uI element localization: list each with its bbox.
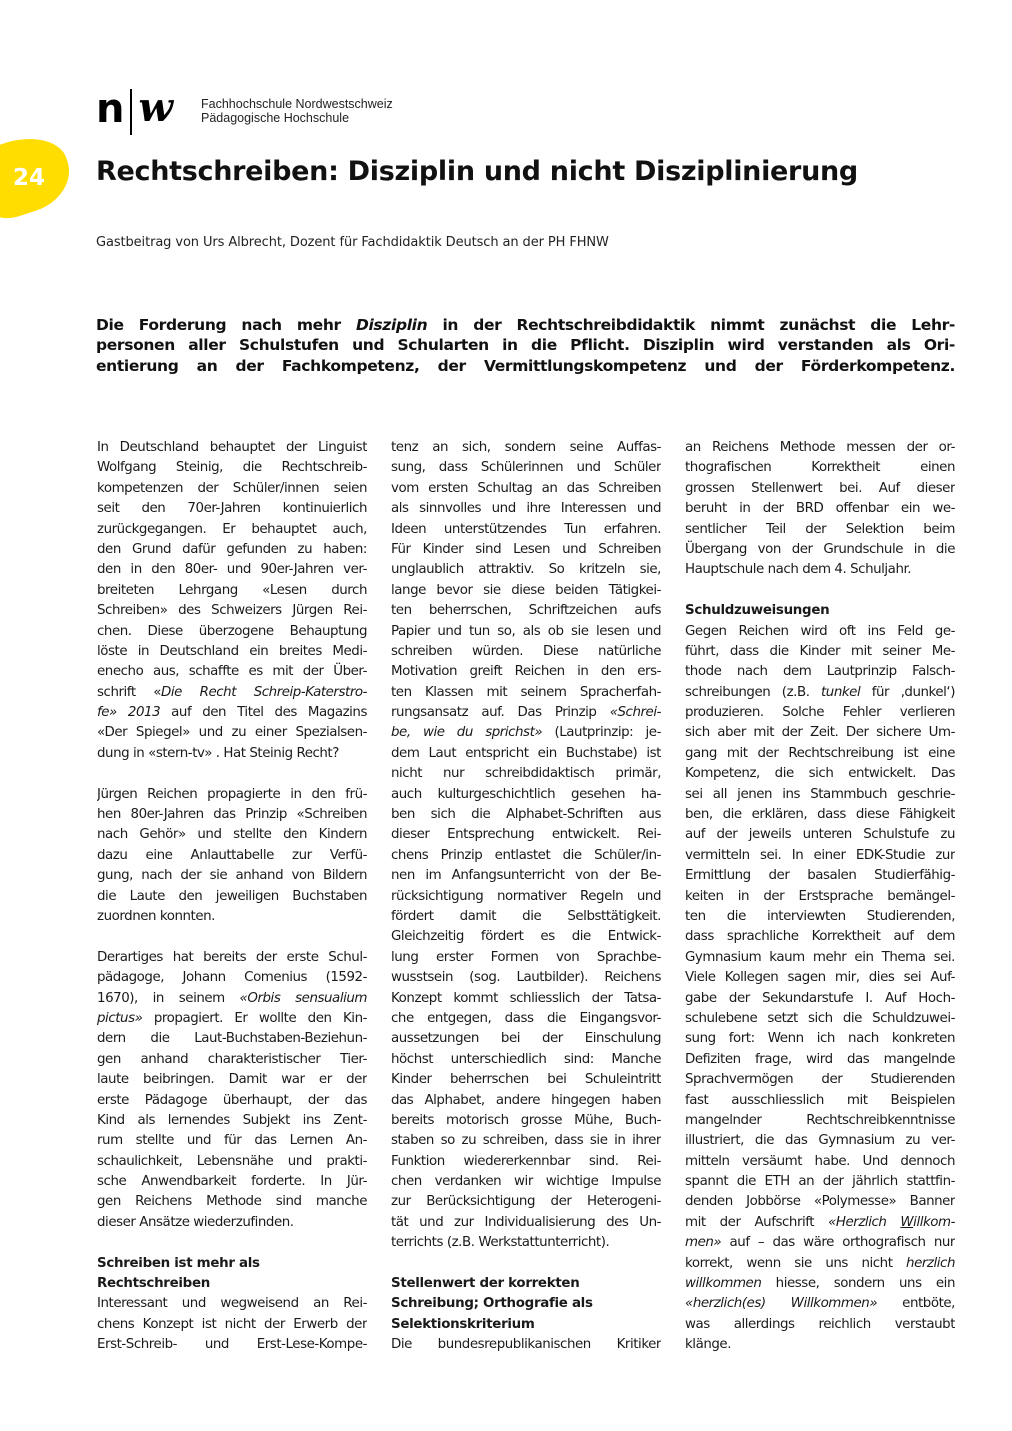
body-text-line: nicht nur schreibdidaktisch primär,	[391, 764, 661, 784]
body-text-line: Hauptschule nach dem 4. Schuljahr.	[685, 560, 955, 580]
section-heading: Selektionskriterium	[391, 1315, 661, 1335]
body-text-line: mangelnder Rechtschreibkenntnisse	[685, 1111, 955, 1131]
body-text-line: Erst-Schreib- und Erst-Lese-Kompe-	[97, 1335, 367, 1355]
institution-line-2: Pädagogische Hochschule	[201, 111, 393, 125]
section-heading: Schreibung; Orthografie als	[391, 1294, 661, 1314]
lead-line: Die Forderung nach mehr Disziplin in der…	[96, 314, 955, 334]
body-text-line: löste in Deutschland ein breites Medi-	[97, 642, 367, 662]
body-text-line: Viele Kollegen sagen mir, dies sei Auf-	[685, 968, 955, 988]
body-text-line: fe» 2013 auf den Titel des Magazins	[97, 703, 367, 723]
body-text-line: was allerdings reichlich verstaubt	[685, 1315, 955, 1335]
body-text-line: zurückgegangen. Er behauptet auch,	[97, 520, 367, 540]
body-text-line: ben, die erklären, dass diese Fähigkeit	[685, 805, 955, 825]
paragraph-gap	[685, 581, 955, 601]
body-text-line: vom ersten Schultag an das Schreiben	[391, 479, 661, 499]
body-text-line: keiten in der Erstsprache bemängel-	[685, 887, 955, 907]
article-column-1: In Deutschland behauptet der LinguistWol…	[97, 438, 367, 1356]
section-heading: Schuldzuweisungen	[685, 601, 955, 621]
body-text-line: sei all jenen ins Stammbuch geschrie-	[685, 785, 955, 805]
body-text-line: schreiben würden. Diese natürliche	[391, 642, 661, 662]
body-text-line: 1670), in seinem «Orbis sensualium	[97, 989, 367, 1009]
body-text-line: nach Gehör» und stellte den Kindern	[97, 825, 367, 845]
body-text-line: Für Kinder sind Lesen und Schreiben	[391, 540, 661, 560]
body-text-line: ten beherrschen, Schriftzeichen aufs	[391, 601, 661, 621]
body-text-line: sich aber mit der Zeit. Der sichere Um-	[685, 723, 955, 743]
body-text-line: pädagoge, Johann Comenius (1592-	[97, 968, 367, 988]
body-text-line: chens Konzept ist nicht der Erwerb der	[97, 1315, 367, 1335]
body-text-line: terrichts (z.B. Werkstattunterricht).	[391, 1233, 661, 1253]
body-text-line: an Reichens Methode messen der or-	[685, 438, 955, 458]
article-column-2: tenz an sich, sondern seine Auffas-sung,…	[391, 438, 661, 1356]
body-text-line: wusstsein (sog. Lautbilder). Reichens	[391, 968, 661, 988]
institution-name: Fachhochschule Nordwestschweiz Pädagogis…	[201, 97, 393, 125]
body-text-line: dieser Entsprechung entwickelt. Rei-	[391, 825, 661, 845]
paragraph-gap	[97, 927, 367, 947]
body-text-line: höchst unterschiedlich sind: Manche	[391, 1050, 661, 1070]
body-text-line: Ermittlung der basalen Studierfähig-	[685, 866, 955, 886]
body-text-line: produzieren. Solche Fehler verlieren	[685, 703, 955, 723]
body-text-line: dem Laut entspricht ein Buchstabe) ist	[391, 744, 661, 764]
body-text-line: be, wie du sprichst» (Lautprinzip: je-	[391, 723, 661, 743]
paragraph-gap	[97, 764, 367, 784]
body-text-line: ten Klassen mit seinem Spracherfah-	[391, 683, 661, 703]
body-text-line: erste Pädagoge überhaupt, der das	[97, 1091, 367, 1111]
emphasis: Disziplin	[356, 316, 427, 334]
body-text-line: tät und zur Individualisierung des Un-	[391, 1213, 661, 1233]
body-text-line: Konzept kommt schliesslich der Tatsa-	[391, 989, 661, 1009]
body-text-line: Gegen Reichen wird oft ins Feld ge-	[685, 622, 955, 642]
body-text-line: Gymnasium kaum mehr ein Thema sei.	[685, 948, 955, 968]
body-text-line: chen. Diese überzogene Behauptung	[97, 622, 367, 642]
body-text-line: aussetzungen bei der Einschulung	[391, 1029, 661, 1049]
body-text-line: men» auf – das wäre orthografisch nur	[685, 1233, 955, 1253]
lead-line: entierung an der Fachkompetenz, der Verm…	[96, 355, 955, 375]
body-text-line: illustriert, die das Gymnasium zu ver-	[685, 1131, 955, 1151]
body-text-line: sung, dass Schülerinnen und Schüler	[391, 458, 661, 478]
body-text-line: schrift «Die Recht Schreip-Katerstro-	[97, 683, 367, 703]
article-column-3: an Reichens Methode messen der or-thogra…	[685, 438, 955, 1356]
section-heading: Stellenwert der korrekten	[391, 1274, 661, 1294]
fhnw-logo: n w	[96, 88, 173, 136]
body-text-line: dieser Ansätze wiederzufinden.	[97, 1213, 367, 1233]
body-text-line: die Laute den jeweiligen Buchstaben	[97, 887, 367, 907]
body-text-line: bereits motorisch grosse Mühe, Buch-	[391, 1111, 661, 1131]
body-text-line: fördert damit die Selbsttätigkeit.	[391, 907, 661, 927]
body-text-line: schulebene setzt sich die Schuldzuwei-	[685, 1009, 955, 1029]
body-text-line: grossen Stellenwert bei. Auf dieser	[685, 479, 955, 499]
paragraph-gap	[97, 1233, 367, 1253]
body-text-line: Funktion wiedererkennbar sind. Rei-	[391, 1152, 661, 1172]
body-text-line: willkommen hiesse, sondern uns ein	[685, 1274, 955, 1294]
body-text-line: hen 80er-Jahren das Prinzip «Schreiben	[97, 805, 367, 825]
body-text-line: denden Jobbörse «Polymesse» Banner	[685, 1192, 955, 1212]
article-lead: Die Forderung nach mehr Disziplin in der…	[96, 314, 955, 375]
body-text-line: Jürgen Reichen propagierte in den frü-	[97, 785, 367, 805]
body-text-line: rum stellte und für das Lernen An-	[97, 1131, 367, 1151]
body-text-line: «Der Spiegel» und zu einer Spezialsen-	[97, 723, 367, 743]
body-text-line: Derartiges hat bereits der erste Schul-	[97, 948, 367, 968]
body-text-line: rungsansatz auf. Das Prinzip «Schrei-	[391, 703, 661, 723]
logo-mark-n: n	[96, 89, 123, 129]
body-text-line: fast ausschliesslich mit Beispielen	[685, 1091, 955, 1111]
body-text-line: auch kulturgeschichtlich gesehen ha-	[391, 785, 661, 805]
body-text-line: Kinder beherrschen bei Schuleintritt	[391, 1070, 661, 1090]
body-text-line: korrekt, wenn sie uns nicht herzlich	[685, 1254, 955, 1274]
body-text-line: unglaublich attraktiv. So kritzeln sie,	[391, 560, 661, 580]
institution-line-1: Fachhochschule Nordwestschweiz	[201, 97, 393, 111]
paragraph-gap	[391, 1254, 661, 1274]
body-text-line: dung in «stern-tv» . Hat Steinig Recht?	[97, 744, 367, 764]
body-text-line: spannt die ETH an der jährlich stattfin-	[685, 1172, 955, 1192]
body-text-line: mit der Aufschrift «Herzlich Willkom-	[685, 1213, 955, 1233]
body-text-line: che entgegen, dass die Eingangsvor-	[391, 1009, 661, 1029]
body-text-line: gang mit der Rechtschreibung ist eine	[685, 744, 955, 764]
body-text-line: Ideen unterstützendes Tun erfahren.	[391, 520, 661, 540]
body-text-line: lange bevor sie diese beiden Tätigkei-	[391, 581, 661, 601]
body-text-line: gabe der Sekundarstufe I. Auf Hoch-	[685, 989, 955, 1009]
body-text-line: Sprachvermögen der Studierenden	[685, 1070, 955, 1090]
body-text-line: pictus» propagiert. Er wollte den Kin-	[97, 1009, 367, 1029]
body-text-line: das Alphabet, andere hingegen haben	[391, 1091, 661, 1111]
body-text-line: vermitteln sei. In einer EDK-Studie zur	[685, 846, 955, 866]
body-text-line: tenz an sich, sondern seine Auffas-	[391, 438, 661, 458]
section-heading: Schreiben ist mehr als	[97, 1254, 367, 1274]
body-text-line: rücksichtigung normativer Regeln und	[391, 887, 661, 907]
body-text-line: dazu eine Anlauttabelle zur Verfü-	[97, 846, 367, 866]
body-text-line: thografischen Korrektheit einen	[685, 458, 955, 478]
body-text-line: breiteten Lehrgang «Lesen durch	[97, 581, 367, 601]
body-text-line: Defiziten frage, wird das mangelnde	[685, 1050, 955, 1070]
body-text-line: den in den 80er- und 90er-Jahren ver-	[97, 560, 367, 580]
body-text-line: gen anhand charakteristischer Tier-	[97, 1050, 367, 1070]
body-text-line: staben so zu schreiben, dass sie in ihre…	[391, 1131, 661, 1151]
body-text-line: Kind als lernendes Subjekt ins Zent-	[97, 1111, 367, 1131]
body-text-line: auf der jeweils unteren Schulstufe zu	[685, 825, 955, 845]
body-text-line: beruht in der BRD offenbar ein we-	[685, 499, 955, 519]
body-text-line: ben sich die Alphabet-Schriften aus	[391, 805, 661, 825]
body-text-line: dern die Laut-Buchstaben-Beziehun-	[97, 1029, 367, 1049]
body-text-line: enecho aus, schaffte es mit der Über-	[97, 662, 367, 682]
body-text-line: nen im Anfangsunterricht von der Be-	[391, 866, 661, 886]
body-text-line: Gleichzeitig fördert es die Entwick-	[391, 927, 661, 947]
body-text-line: gen Reichens Methode sind manche	[97, 1192, 367, 1212]
page-number: 24	[13, 165, 45, 191]
logo-mark-w: w	[138, 88, 172, 128]
body-text-line: laute beibringen. Damit war er der	[97, 1070, 367, 1090]
body-text-line: schaulichkeit, Lebensnähe und prakti-	[97, 1152, 367, 1172]
body-text-line: mitteln versäumt habe. Und dennoch	[685, 1152, 955, 1172]
body-text-line: lung erster Formen von Sprachbe-	[391, 948, 661, 968]
body-text-line: zur Berücksichtigung der Heterogeni-	[391, 1192, 661, 1212]
body-text-line: Übergang von der Grundschule in die	[685, 540, 955, 560]
body-text-line: Wolfgang Steinig, die Rechtschreib-	[97, 458, 367, 478]
section-heading: Rechtschreiben	[97, 1274, 367, 1294]
body-text-line: «herzlich(es) Willkommen» entböte,	[685, 1294, 955, 1314]
lead-line: personen aller Schulstufen und Schularte…	[96, 334, 955, 354]
body-text-line: Interessant und wegweisend an Rei-	[97, 1294, 367, 1314]
body-text-line: dass sprachliche Korrektheit auf dem	[685, 927, 955, 947]
body-text-line: schreibungen (z.B. tunkel für ‚dunkel‘)	[685, 683, 955, 703]
body-text-line: kompetenzen der Schüler/innen seien	[97, 479, 367, 499]
body-text-line: sche Anwendbarkeit forderte. In Jür-	[97, 1172, 367, 1192]
body-text-line: sung fort: Wenn ich nach konkreten	[685, 1029, 955, 1049]
body-text-line: Papier und tun so, als ob sie lesen und	[391, 622, 661, 642]
body-text-line: führt, dass die Kinder mit seiner Me-	[685, 642, 955, 662]
body-text-line: chens Prinzip entlastet die Schüler/in-	[391, 846, 661, 866]
body-text-line: In Deutschland behauptet der Linguist	[97, 438, 367, 458]
article-byline: Gastbeitrag von Urs Albrecht, Dozent für…	[96, 235, 609, 250]
body-text-line: den Grund dafür gefunden zu haben:	[97, 540, 367, 560]
body-text-line: Schreiben» des Schweizers Jürgen Rei-	[97, 601, 367, 621]
body-text-line: als sinnvolles und ihre Interessen und	[391, 499, 661, 519]
body-text-line: zuordnen konnten.	[97, 907, 367, 927]
body-text-line: ten die interviewten Studierenden,	[685, 907, 955, 927]
body-text-line: Motivation greift Reichen in den ers-	[391, 662, 661, 682]
body-text-line: chen verdanken wir wichtige Impulse	[391, 1172, 661, 1192]
body-text-line: thode nach dem Lautprinzip Falsch-	[685, 662, 955, 682]
body-text-line: Die bundesrepublikanischen Kritiker	[391, 1335, 661, 1355]
article-title: Rechtschreiben: Disziplin und nicht Disz…	[96, 156, 858, 187]
body-text-line: sentlicher Teil der Selektion beim	[685, 520, 955, 540]
body-text-line: seit den 70er-Jahren kontinuierlich	[97, 499, 367, 519]
body-text-line: gung, nach der sie anhand von Bildern	[97, 866, 367, 886]
body-text-line: klänge.	[685, 1335, 955, 1355]
body-text-line: Kompetenz, die sich entwickelt. Das	[685, 764, 955, 784]
logo-divider	[130, 89, 132, 135]
